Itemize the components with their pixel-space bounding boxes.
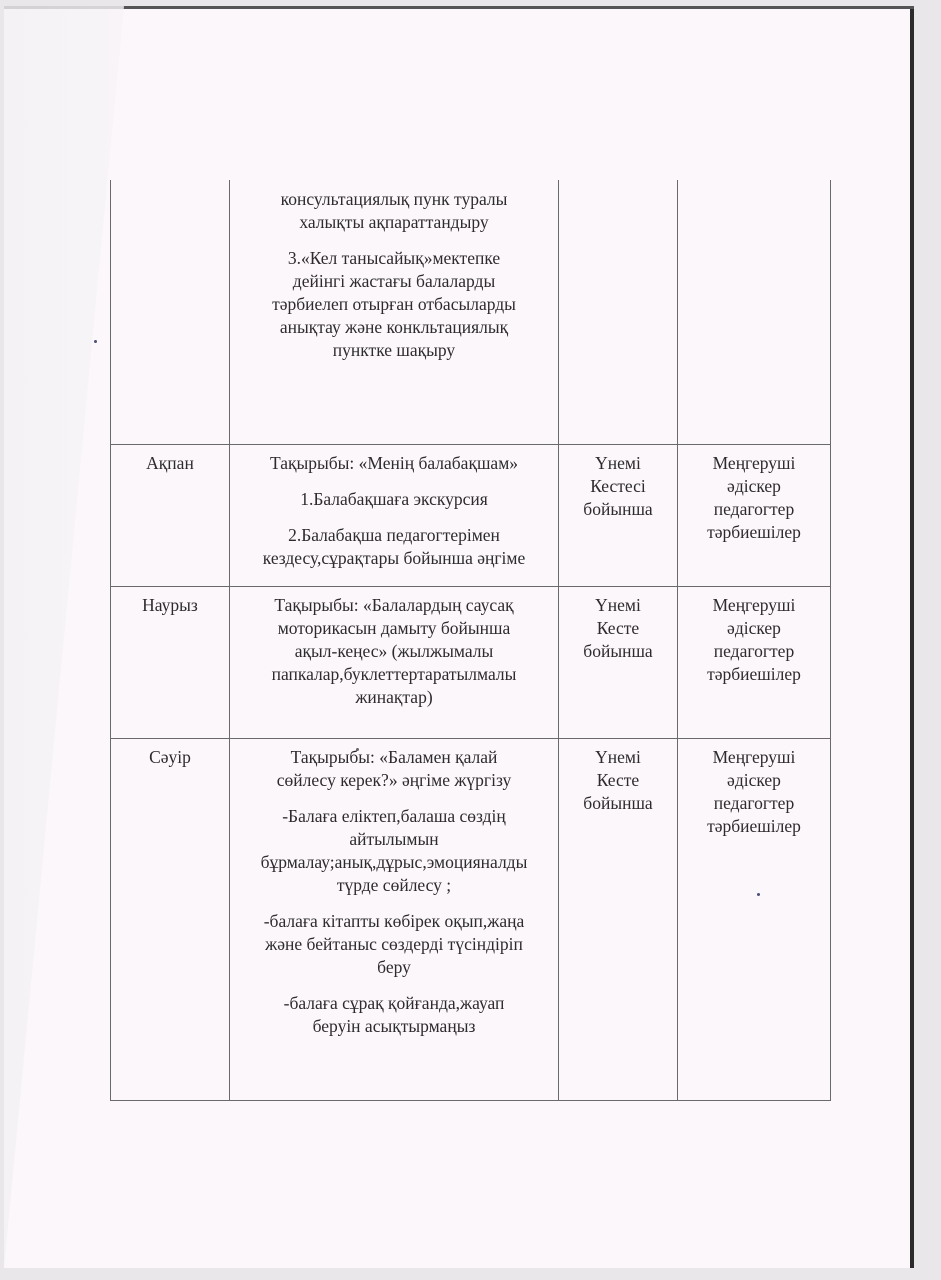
responsible-cell: Меңгерушіәдіскерпедагогтертәрбиешілер bbox=[678, 587, 831, 739]
month-label: Наурыз bbox=[142, 595, 198, 615]
month-cell: Ақпан bbox=[111, 445, 230, 587]
responsible-line: тәрбиешілер bbox=[684, 815, 824, 838]
period-cell: ҮнеміКестебойынша bbox=[559, 739, 678, 1101]
table-row: АқпанТақырыбы: «Менің балабақшам»1.Балаб… bbox=[111, 445, 831, 587]
activity-paragraph: консультациялық пунк туралыхалықты ақпар… bbox=[236, 188, 552, 234]
month-label: Ақпан bbox=[146, 453, 194, 473]
month-cell bbox=[111, 180, 230, 445]
responsible-cell: Меңгерушіәдіскерпедагогтертәрбиешілер bbox=[678, 739, 831, 1101]
activity-content-cell: Тақырыбы: «Менің балабақшам»1.Балабақшағ… bbox=[230, 445, 559, 587]
activity-line: түрде сөйлесу ; bbox=[236, 874, 552, 897]
activity-line: -балаға сұрақ қойғанда,жауап bbox=[236, 992, 552, 1015]
month-label: Сәуір bbox=[149, 747, 191, 767]
responsible-cell bbox=[678, 180, 831, 445]
month-cell: Сәуір bbox=[111, 739, 230, 1101]
responsible-line: әдіскер bbox=[684, 475, 824, 498]
scan-speck bbox=[356, 748, 359, 751]
activity-line: тәрбиелеп отырған отбасыларды bbox=[236, 293, 552, 316]
responsible-line: Меңгеруші bbox=[684, 452, 824, 475]
activity-line: 3.«Кел танысайық»мектепке bbox=[236, 247, 552, 270]
scan-speck bbox=[94, 340, 97, 343]
activity-line: кездесу,сұрақтары бойынша әңгіме bbox=[236, 547, 552, 570]
activity-paragraph: Тақырыбы: «Баламен қалайсөйлесу керек?» … bbox=[236, 746, 552, 792]
activity-line: папкалар,буклеттертаратылмалы bbox=[236, 663, 552, 686]
scan-speck bbox=[757, 893, 760, 896]
activity-paragraph: Тақырыбы: «Балалардың саусақмоторикасын … bbox=[236, 594, 552, 709]
activity-line: 2.Балабақша педагогтерімен bbox=[236, 524, 552, 547]
period-cell bbox=[559, 180, 678, 445]
activity-paragraph: 3.«Кел танысайық»мектепкедейінгі жастағы… bbox=[236, 247, 552, 362]
responsible-line: тәрбиешілер bbox=[684, 521, 824, 544]
activity-line: -Балаға еліктеп,балаша сөздің bbox=[236, 805, 552, 828]
activity-content-cell: Тақырыбы: «Баламен қалайсөйлесу керек?» … bbox=[230, 739, 559, 1101]
responsible-line: педагогтер bbox=[684, 792, 824, 815]
responsible-line: әдіскер bbox=[684, 617, 824, 640]
activity-line: моторикасын дамыту бойынша bbox=[236, 617, 552, 640]
activity-line: Тақырыбы: «Менің балабақшам» bbox=[236, 452, 552, 475]
activity-line: сөйлесу керек?» әңгіме жүргізу bbox=[236, 769, 552, 792]
work-plan-table-body: консультациялық пунк туралыхалықты ақпар… bbox=[111, 180, 831, 1101]
period-line: Кестесі bbox=[565, 475, 671, 498]
responsible-line: Меңгеруші bbox=[684, 746, 824, 769]
activity-paragraph: 2.Балабақша педагогтеріменкездесу,сұрақт… bbox=[236, 524, 552, 570]
activity-line: ақыл-кеңес» (жылжымалы bbox=[236, 640, 552, 663]
activity-line: айтылымын bbox=[236, 828, 552, 851]
table-row: СәуірТақырыбы: «Баламен қалайсөйлесу кер… bbox=[111, 739, 831, 1101]
work-plan-table: консультациялық пунк туралыхалықты ақпар… bbox=[110, 180, 831, 1101]
period-line: Үнемі bbox=[565, 452, 671, 475]
activity-line: халықты ақпараттандыру bbox=[236, 211, 552, 234]
responsible-line: тәрбиешілер bbox=[684, 663, 824, 686]
activity-line: беру bbox=[236, 956, 552, 979]
activity-content-cell: консультациялық пунк туралыхалықты ақпар… bbox=[230, 180, 559, 445]
month-cell: Наурыз bbox=[111, 587, 230, 739]
table-row: консультациялық пунк туралыхалықты ақпар… bbox=[111, 180, 831, 445]
activity-line: бұрмалау;анық,дұрыс,эмоцияналды bbox=[236, 851, 552, 874]
activity-line: консультациялық пунк туралы bbox=[236, 188, 552, 211]
activity-line: және бейтаныс сөздерді түсіндіріп bbox=[236, 933, 552, 956]
activity-line: дейінгі жастағы балаларды bbox=[236, 270, 552, 293]
activity-line: Тақырыбы: «Баламен қалай bbox=[236, 746, 552, 769]
period-line: бойынша bbox=[565, 498, 671, 521]
period-line: Үнемі bbox=[565, 594, 671, 617]
activity-paragraph: 1.Балабақшаға экскурсия bbox=[236, 488, 552, 511]
activity-paragraph: Тақырыбы: «Менің балабақшам» bbox=[236, 452, 552, 475]
activity-content-cell: Тақырыбы: «Балалардың саусақмоторикасын … bbox=[230, 587, 559, 739]
activity-line: Тақырыбы: «Балалардың саусақ bbox=[236, 594, 552, 617]
activity-paragraph: -балаға сұрақ қойғанда,жауапберуін асықт… bbox=[236, 992, 552, 1038]
responsible-cell: Меңгерушіәдіскерпедагогтертәрбиешілер bbox=[678, 445, 831, 587]
activity-paragraph: -Балаға еліктеп,балаша сөздіңайтылымынбұ… bbox=[236, 805, 552, 897]
period-line: бойынша bbox=[565, 792, 671, 815]
responsible-line: педагогтер bbox=[684, 640, 824, 663]
period-cell: ҮнеміКестесібойынша bbox=[559, 445, 678, 587]
period-cell: ҮнеміКестебойынша bbox=[559, 587, 678, 739]
responsible-line: Меңгеруші bbox=[684, 594, 824, 617]
period-line: Үнемі bbox=[565, 746, 671, 769]
activity-line: жинақтар) bbox=[236, 686, 552, 709]
activity-paragraph: -балаға кітапты көбірек оқып,жаңажәне бе… bbox=[236, 910, 552, 979]
table-row: НаурызТақырыбы: «Балалардың саусақмотори… bbox=[111, 587, 831, 739]
activity-line: пунктке шақыру bbox=[236, 339, 552, 362]
activity-line: 1.Балабақшаға экскурсия bbox=[236, 488, 552, 511]
responsible-line: педагогтер bbox=[684, 498, 824, 521]
activity-line: анықтау және конкльтациялық bbox=[236, 316, 552, 339]
activity-line: беруін асықтырмаңыз bbox=[236, 1015, 552, 1038]
activity-line: -балаға кітапты көбірек оқып,жаңа bbox=[236, 910, 552, 933]
responsible-line: әдіскер bbox=[684, 769, 824, 792]
period-line: Кесте bbox=[565, 617, 671, 640]
period-line: бойынша bbox=[565, 640, 671, 663]
period-line: Кесте bbox=[565, 769, 671, 792]
